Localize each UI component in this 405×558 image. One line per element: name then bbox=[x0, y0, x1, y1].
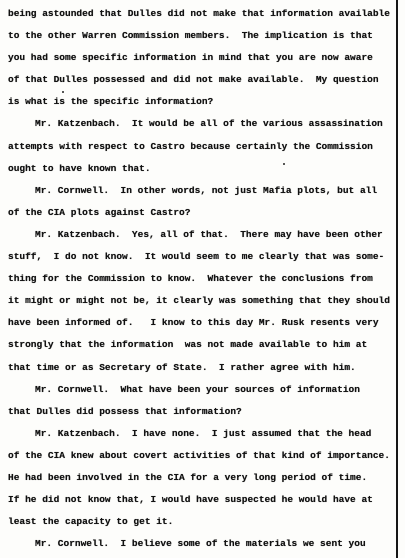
transcript-line: Mr. Katzenbach. Yes, all of that. There … bbox=[8, 224, 405, 246]
scanned-document: { "page": { "colors": { "paper": "#fdfdf… bbox=[0, 0, 405, 558]
transcript-line: Mr. Katzenbach. I have none. I just assu… bbox=[8, 423, 405, 445]
transcript-lines: being astounded that Dulles did not make… bbox=[8, 3, 405, 555]
transcript-line: of the CIA knew about covert activities … bbox=[8, 445, 405, 467]
page-edge-line bbox=[396, 0, 398, 558]
transcript-line: Mr. Katzenbach. It would be all of the v… bbox=[8, 113, 405, 135]
transcript-line: strongly that the information was not ma… bbox=[8, 334, 405, 356]
transcript-line: stuff, I do not know. It would seem to m… bbox=[8, 246, 405, 268]
transcript-line: to the other Warren Commission members. … bbox=[8, 25, 405, 47]
scan-noise-dot bbox=[62, 91, 64, 93]
transcript-line: attempts with respect to Castro because … bbox=[8, 136, 405, 158]
transcript-line: least the capacity to get it. bbox=[8, 511, 405, 533]
transcript-line: Mr. Cornwell. What have been your source… bbox=[8, 379, 405, 401]
transcript-line: ought to have known that. bbox=[8, 158, 405, 180]
transcript-line: it might or might not be, it clearly was… bbox=[8, 290, 405, 312]
scan-noise-dot bbox=[283, 163, 285, 165]
transcript-line: is what is the specific information? bbox=[8, 91, 405, 113]
transcript-line: Mr. Cornwell. In other words, not just M… bbox=[8, 180, 405, 202]
transcript-line: If he did not know that, I would have su… bbox=[8, 489, 405, 511]
transcript-line: being astounded that Dulles did not make… bbox=[8, 3, 405, 25]
transcript-line: thing for the Commission to know. Whatev… bbox=[8, 268, 405, 290]
transcript-line: that Dulles did possess that information… bbox=[8, 401, 405, 423]
transcript-line: Mr. Cornwell. I believe some of the mate… bbox=[8, 533, 405, 555]
document-page: being astounded that Dulles did not make… bbox=[0, 0, 405, 558]
transcript-line: of the CIA plots against Castro? bbox=[8, 202, 405, 224]
transcript-line: He had been involved in the CIA for a ve… bbox=[8, 467, 405, 489]
transcript-line: have been informed of. I know to this da… bbox=[8, 312, 405, 334]
transcript-line: that time or as Secretary of State. I ra… bbox=[8, 357, 405, 379]
transcript-line: you had some specific information in min… bbox=[8, 47, 405, 69]
transcript-line: of that Dulles possessed and did not mak… bbox=[8, 69, 405, 91]
